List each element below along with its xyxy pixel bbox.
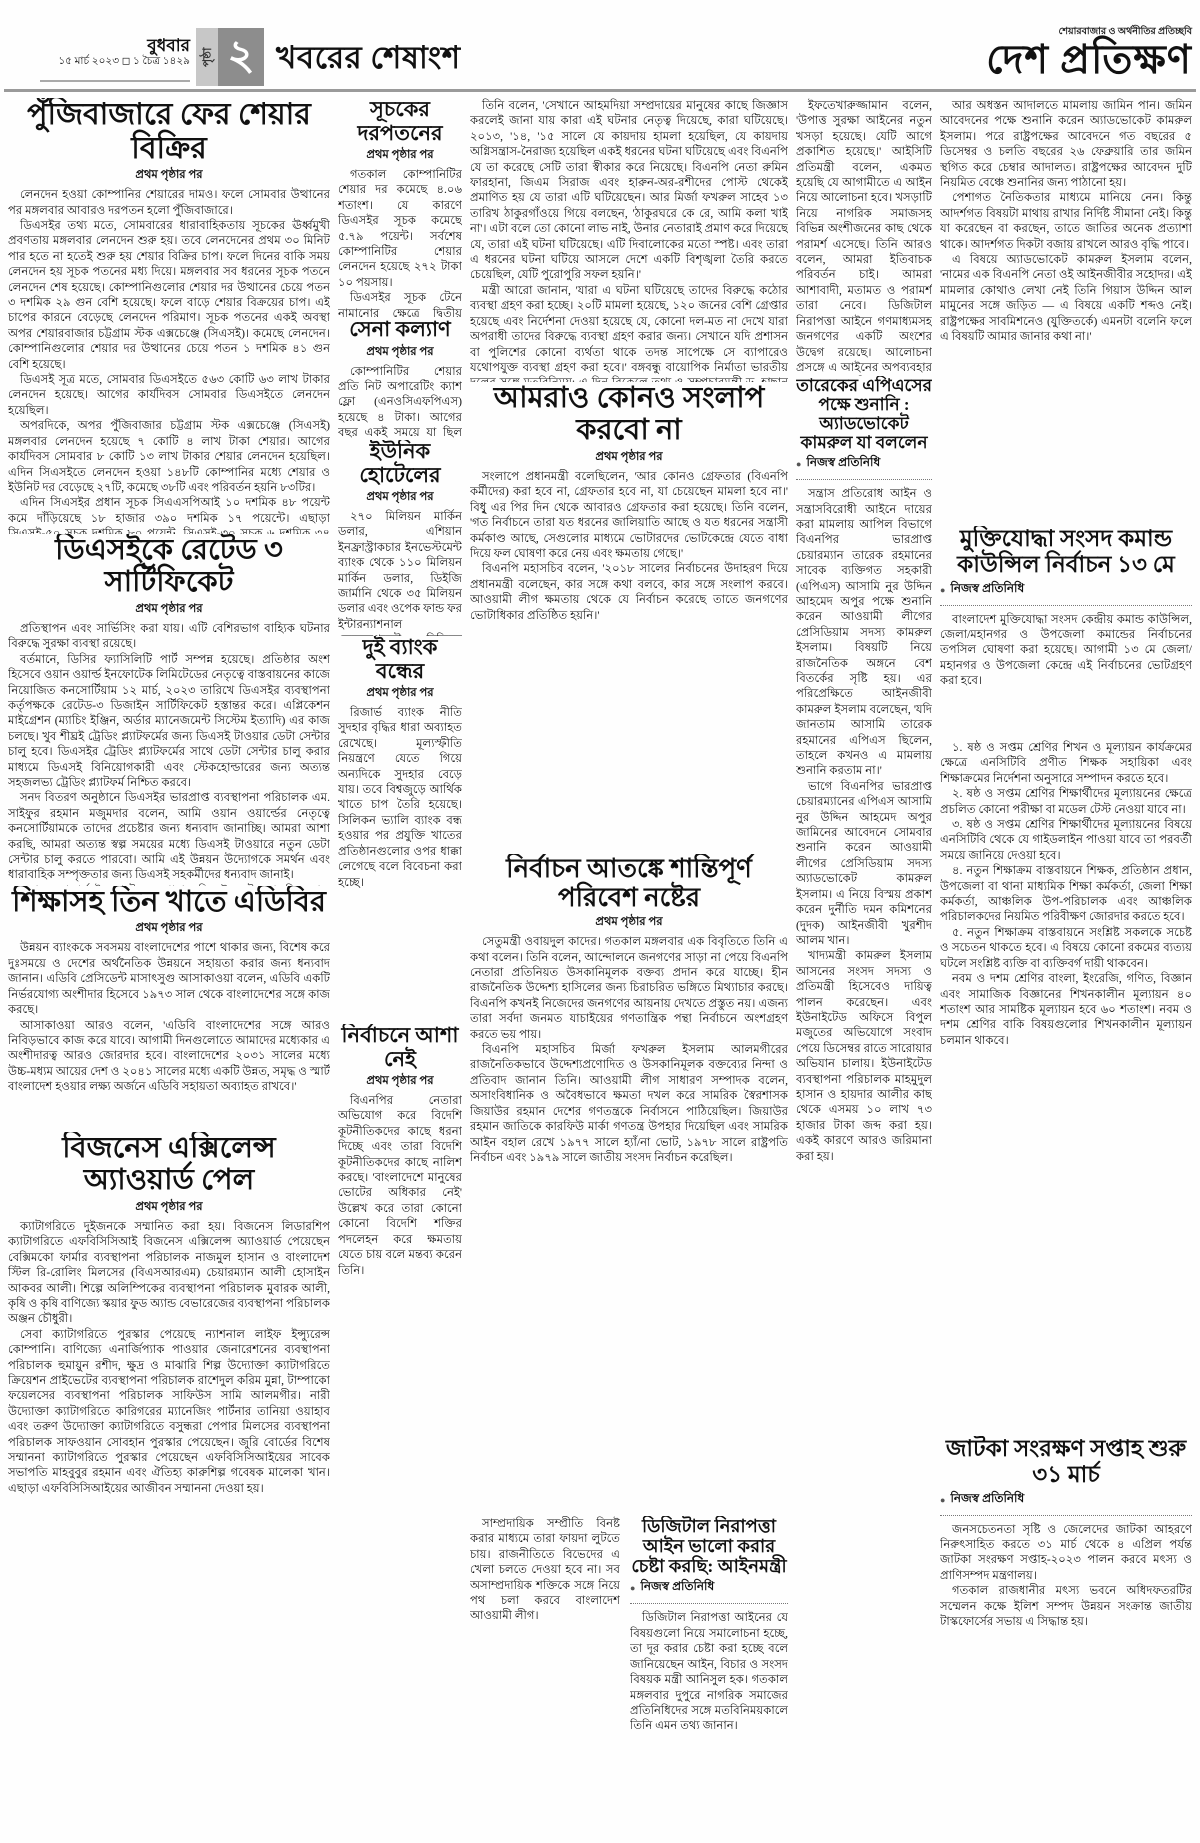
article-a_jatka: জাটকা সংরক্ষণ সপ্তাহ শুরু ৩১ মার্চ●নিজস্… [940,1436,1192,1837]
article-body-paragraph: ডিএসইর তথ্য মতে, সোমবারের ধারাবাহিকতায় … [8,218,330,372]
article-headline: তারেকের এপিএসের পক্ষে শুনানি : অ্যাডভোকে… [796,376,932,452]
continued-from-front-page-label: প্রথম পৃষ্ঠার পর [470,448,788,467]
article-body-paragraph: বিএনপি মহাসচিব মির্জা ফখরুল ইসলাম আলমগীর… [470,1042,788,1165]
article-a_cont_jamin: আর অধস্তন আদালতে মামলায় জামিন পান। জমিন… [940,98,1192,526]
date-block: বুধবার ১৫ মার্চ ২০২৩ ◻ ১ চৈত্র ১৪২৯ [40,36,190,68]
article-headline: মুক্তিযোদ্ধা সংসদ কমান্ড কাউন্সিল নির্বা… [940,526,1192,578]
article-body-paragraph: সনদ বিতরণ অনুষ্ঠানে ডিএসইর ভারপ্রাপ্ত ব্… [8,790,330,882]
continued-from-front-page-label: প্রথম পৃষ্ঠার পর [8,1198,330,1217]
continued-from-front-page-label: প্রথম পৃষ্ঠার পর [470,913,788,932]
article-headline: ইউনিক হোটেলের [338,440,462,487]
byline-label: নিজস্ব প্রতিনিধি [640,1578,714,1598]
date-divider [40,80,190,82]
newspaper-page: বুধবার ১৫ মার্চ ২০২৩ ◻ ১ চৈত্র ১৪২৯ পৃষ্… [0,0,1200,1843]
page-number-badge: ২ [218,28,264,86]
newspaper-brand: শেয়ারবাজার ও অর্থনীতির প্রতিচ্ছবি দেশ প… [986,28,1192,80]
article-a_unique: ইউনিক হোটেলেরপ্রথম পৃষ্ঠার পর২৭০ মিলিয়ন… [338,440,462,636]
article-headline: ডিজিটাল নিরাপত্তা আইন ভালো করার চেষ্টা ক… [630,1516,788,1576]
byline-label: নিজস্ব প্রতিনিধি [950,1490,1024,1510]
article-a_muktijoddha: মুক্তিযোদ্ধা সংসদ কমান্ড কাউন্সিল নির্বা… [940,526,1192,740]
article-a_biz_award: বিজনেস এক্সিলেন্স অ্যাওয়ার্ড পেলপ্রথম প… [8,1132,330,1837]
article-body-paragraph: মন্ত্রী আরো জানান, 'যারা এ ঘটনা ঘটিয়েছে… [470,283,788,382]
byline-bullet-icon: ● [940,1495,945,1505]
article-body-paragraph: কোম্পানিটির শেয়ার প্রতি নিট অপারেটিং ক্… [338,364,462,440]
article-body-paragraph: ৫. নতুন শিক্ষাক্রম বাস্তবায়নে সংশ্লিষ্ট… [940,925,1192,971]
date-label: ১৫ মার্চ ২০২৩ ◻ ১ চৈত্র ১৪২৯ [40,56,190,68]
continued-from-front-page-label: প্রথম পৃষ্ঠার পর [338,488,462,507]
article-body-paragraph: বিএনপি মহাসচিব বলেন, '২০১৮ সালের নির্বাচ… [470,561,788,623]
byline-bullet-icon: ● [940,585,945,595]
article-body-paragraph: ৪. নতুন শিক্ষাক্রম বাস্তবায়নে শিক্ষক, প… [940,863,1192,925]
article-a_punji: পুঁজিবাজারে ফের শেয়ার বিক্রিরপ্রথম পৃষ্… [8,98,330,534]
article-body-paragraph: সংলাপে প্রধানমন্ত্রী বলেছিলেন, 'আর কোনও … [470,469,788,561]
article-headline: শিক্ষাসহ তিন খাতে এডিবির [8,886,330,918]
article-headline: পুঁজিবাজারে ফের শেয়ার বিক্রির [8,98,330,165]
article-body-paragraph: পেশাগত নৈতিকতার মাধ্যমে মানিয়ে নেন। কিন… [940,190,1192,252]
article-body-paragraph: আসাকাওয়া আরও বলেন, 'এডিবি বাংলাদেশের সঙ… [8,1018,330,1095]
article-headline: আমরাও কোনও সংলাপ করবো না [470,382,788,447]
article-body-paragraph: ১. ষষ্ঠ ও সপ্তম শ্রেণির শিখন ও মূল্যায়ন… [940,740,1192,786]
byline-bullet-icon: ● [630,1583,635,1593]
article-body-paragraph: তিনি বলেন, 'সেখানে আহমদিয়া সম্প্রদায়ের… [470,98,788,283]
byline: ●নিজস্ব প্রতিনিধি [796,454,932,480]
article-body-paragraph: সাম্প্রদায়িক সম্প্রীতি বিনষ্ট করার মাধ্… [470,1516,620,1624]
newspaper-logo: দেশ প্রতিক্ষণ [986,40,1192,80]
article-body-paragraph: ভাগে বিএনপির ভারপ্রাপ্ত চেয়ারম্যানের এপ… [796,779,932,948]
article-a_tareq: তারেকের এপিএসের পক্ষে শুনানি : অ্যাডভোকে… [796,376,932,1837]
article-body-paragraph: লেনদেন হওয়া কোম্পানির শেয়ারের দামও। ফল… [8,187,330,218]
continued-from-front-page-label: প্রথম পৃষ্ঠার পর [338,146,462,165]
article-body-paragraph: ডিএসইর সূচক টেনে নামানোর ক্ষেত্রে দ্বিতী… [338,290,462,318]
article-body-paragraph: ডিএসই সূত্র মতে, সোমবার ডিএসইতে ৫৬৩ কোটি… [8,372,330,418]
article-body-paragraph: গতকাল রাজধানীর মৎস্য ভবনে অধিদফতরটির সম্… [940,1583,1192,1629]
article-body-paragraph: আর অধস্তন আদালতে মামলায় জামিন পান। জমিন… [940,98,1192,190]
article-a_adb: শিক্ষাসহ তিন খাতে এডিবিরপ্রথম পৃষ্ঠার পর… [8,886,330,1132]
article-body-paragraph: অপরদিকে, অপর পুঁজিবাজার চট্টগ্রাম স্টক এ… [8,418,330,495]
continued-from-front-page-label: প্রথম পৃষ্ঠার পর [338,343,462,362]
article-headline: নির্বাচনে আশা নেই [338,1024,462,1071]
article-a_duibank: দুই ব্যাংক বন্ধেরপ্রথম পৃষ্ঠার পররিজার্ভ… [338,636,462,1024]
article-body-paragraph: ডিজিটাল নিরাপত্তা আইনের যে বিষয়গুলো নিয… [630,1610,788,1733]
article-headline: সেনা কল্যাণ [338,318,462,342]
article-body-paragraph: ২৭০ মিলিয়ন মার্কিন ডলার, এশিয়ান ইনফ্রা… [338,509,462,636]
byline-bullet-icon: ● [796,459,801,469]
article-body-paragraph: সেতুমন্ত্রী ওবায়দুল কাদের। গতকাল মঙ্গলব… [470,934,788,1042]
article-a_education: ১. ষষ্ঠ ও সপ্তম শ্রেণির শিখন ও মূল্যায়ন… [940,740,1192,1436]
article-body-paragraph: সেবা ক্যাটাগরিতে পুরস্কার পেয়েছে ন্যাশন… [8,1327,330,1496]
article-a_sena: সেনা কল্যাণপ্রথম পৃষ্ঠার পরকোম্পানিটির শ… [338,318,462,440]
article-body-paragraph: ইফতেখারুজ্জামান বলেন, 'উপাত্ত সুরক্ষা আই… [796,98,932,376]
article-body-paragraph: ক্যাটাগরিতে দুইজনকে সম্মানিত করা হয়। বি… [8,1219,330,1327]
article-body-paragraph: ৩. ষষ্ঠ ও সপ্তম শ্রেণির শিক্ষার্থীদের মূ… [940,817,1192,863]
section-title: খবরের শেষাংশ [276,34,461,86]
byline-label: নিজস্ব প্রতিনিধি [950,580,1024,600]
article-headline: ডিএসইকে রেটেড ৩ সার্টিফিকেট [8,534,330,599]
header-divider [4,89,1196,92]
article-a_nirbachone_asha: নির্বাচনে আশা নেইপ্রথম পৃষ্ঠার পরবিএনপির… [338,1024,462,1837]
article-a_nirbachon_atonke: নির্বাচন আতঙ্কে শান্তিপূর্ণ পরিবেশ নষ্টে… [470,854,788,1516]
byline: ●নিজস্ব প্রতিনিধি [940,1490,1192,1516]
article-body-paragraph: প্রতিস্থাপন এবং সার্ভিসিং করা যায়। এটি … [8,621,330,652]
article-a_suchok: সূচকের দরপতনেরপ্রথম পৃষ্ঠার পরগতকাল কোম্… [338,98,462,318]
article-headline: জাটকা সংরক্ষণ সপ্তাহ শুরু ৩১ মার্চ [940,1436,1192,1488]
byline: ●নিজস্ব প্রতিনিধি [940,580,1192,606]
article-body-paragraph: ২. ষষ্ঠ ও সপ্তম শ্রেণির শিক্ষার্থীদের মূ… [940,786,1192,817]
article-a_cont_ahmadiyya: তিনি বলেন, 'সেখানে আহমদিয়া সম্প্রদায়ের… [470,98,788,382]
continued-from-front-page-label: প্রথম পৃষ্ঠার পর [338,684,462,703]
continued-from-front-page-label: প্রথম পৃষ্ঠার পর [338,1072,462,1091]
byline: ●নিজস্ব প্রতিনিধি [630,1578,788,1604]
article-body-paragraph: এ বিষয়ে অ্যাডভোকেট কামরুল ইসলাম বলেন, '… [940,252,1192,344]
page-word-label: পৃষ্ঠা [196,28,218,86]
article-a_digital: ডিজিটাল নিরাপত্তা আইন ভালো করার চেষ্টা ক… [630,1516,788,1837]
article-headline: সূচকের দরপতনের [338,98,462,145]
article-a_dse_cert: ডিএসইকে রেটেড ৩ সার্টিফিকেটপ্রথম পৃষ্ঠার… [8,534,330,886]
article-body-paragraph: জনসচেতনতা সৃষ্টি ও জেলেদের জাটকা আহরণে ন… [940,1522,1192,1584]
article-body-paragraph: এদিন সিএসইর প্রধান সূচক সিএএসপিআই ১০ দশম… [8,495,330,534]
weekday-label: বুধবার [40,36,190,56]
article-body-paragraph: নবম ও দশম শ্রেণির বাংলা, ইংরেজি, গণিত, ব… [940,971,1192,1048]
article-headline: নির্বাচন আতঙ্কে শান্তিপূর্ণ পরিবেশ নষ্টে… [470,854,788,912]
page-header: বুধবার ১৫ মার্চ ২০২৩ ◻ ১ চৈত্র ১৪২৯ পৃষ্… [0,28,1200,90]
article-a_cont_khosra: ইফতেখারুজ্জামান বলেন, 'উপাত্ত সুরক্ষা আই… [796,98,932,376]
continued-from-front-page-label: প্রথম পৃষ্ঠার পর [8,600,330,619]
continued-from-front-page-label: প্রথম পৃষ্ঠার পর [8,919,330,938]
article-body-paragraph: খাদ্যমন্ত্রী কামরুল ইসলাম আসনের সংসদ সদস… [796,948,932,1164]
article-body-paragraph: বর্তমানে, ডিসির ফ্যাসিলিটি পার্ট সম্পন্ন… [8,652,330,791]
article-headline: দুই ব্যাংক বন্ধের [338,636,462,683]
article-body-paragraph: বাংলাদেশ মুক্তিযোদ্ধা সংসদ কেন্দ্রীয় কম… [940,612,1192,689]
article-body-paragraph: গতকাল কোম্পানিটির শেয়ার দর কমেছে ৪.০৬ শ… [338,167,462,290]
byline-label: নিজস্ব প্রতিনিধি [806,454,880,474]
article-body-paragraph: উন্নয়ন ব্যাংককে সবসময় বাংলাদেশের পাশে … [8,940,330,1017]
article-body-paragraph: বিএনপির নেতারা অভিযোগ করে বিদেশি কূটনীতি… [338,1093,462,1278]
article-a_cont_al: সাম্প্রদায়িক সম্প্রীতি বিনষ্ট করার মাধ্… [470,1516,620,1837]
continued-from-front-page-label: প্রথম পৃষ্ঠার পর [8,166,330,185]
article-a_songlap: আমরাও কোনও সংলাপ করবো নাপ্রথম পৃষ্ঠার পর… [470,382,788,854]
article-body-paragraph: রিজার্ভ ব্যাংক নীতি সুদহার বৃদ্ধির ধারা … [338,705,462,890]
article-body-paragraph: সন্ত্রাস প্রতিরোধ আইন ও সন্ত্রাসবিরোধী আ… [796,486,932,779]
article-headline: বিজনেস এক্সিলেন্স অ্যাওয়ার্ড পেল [8,1132,330,1197]
